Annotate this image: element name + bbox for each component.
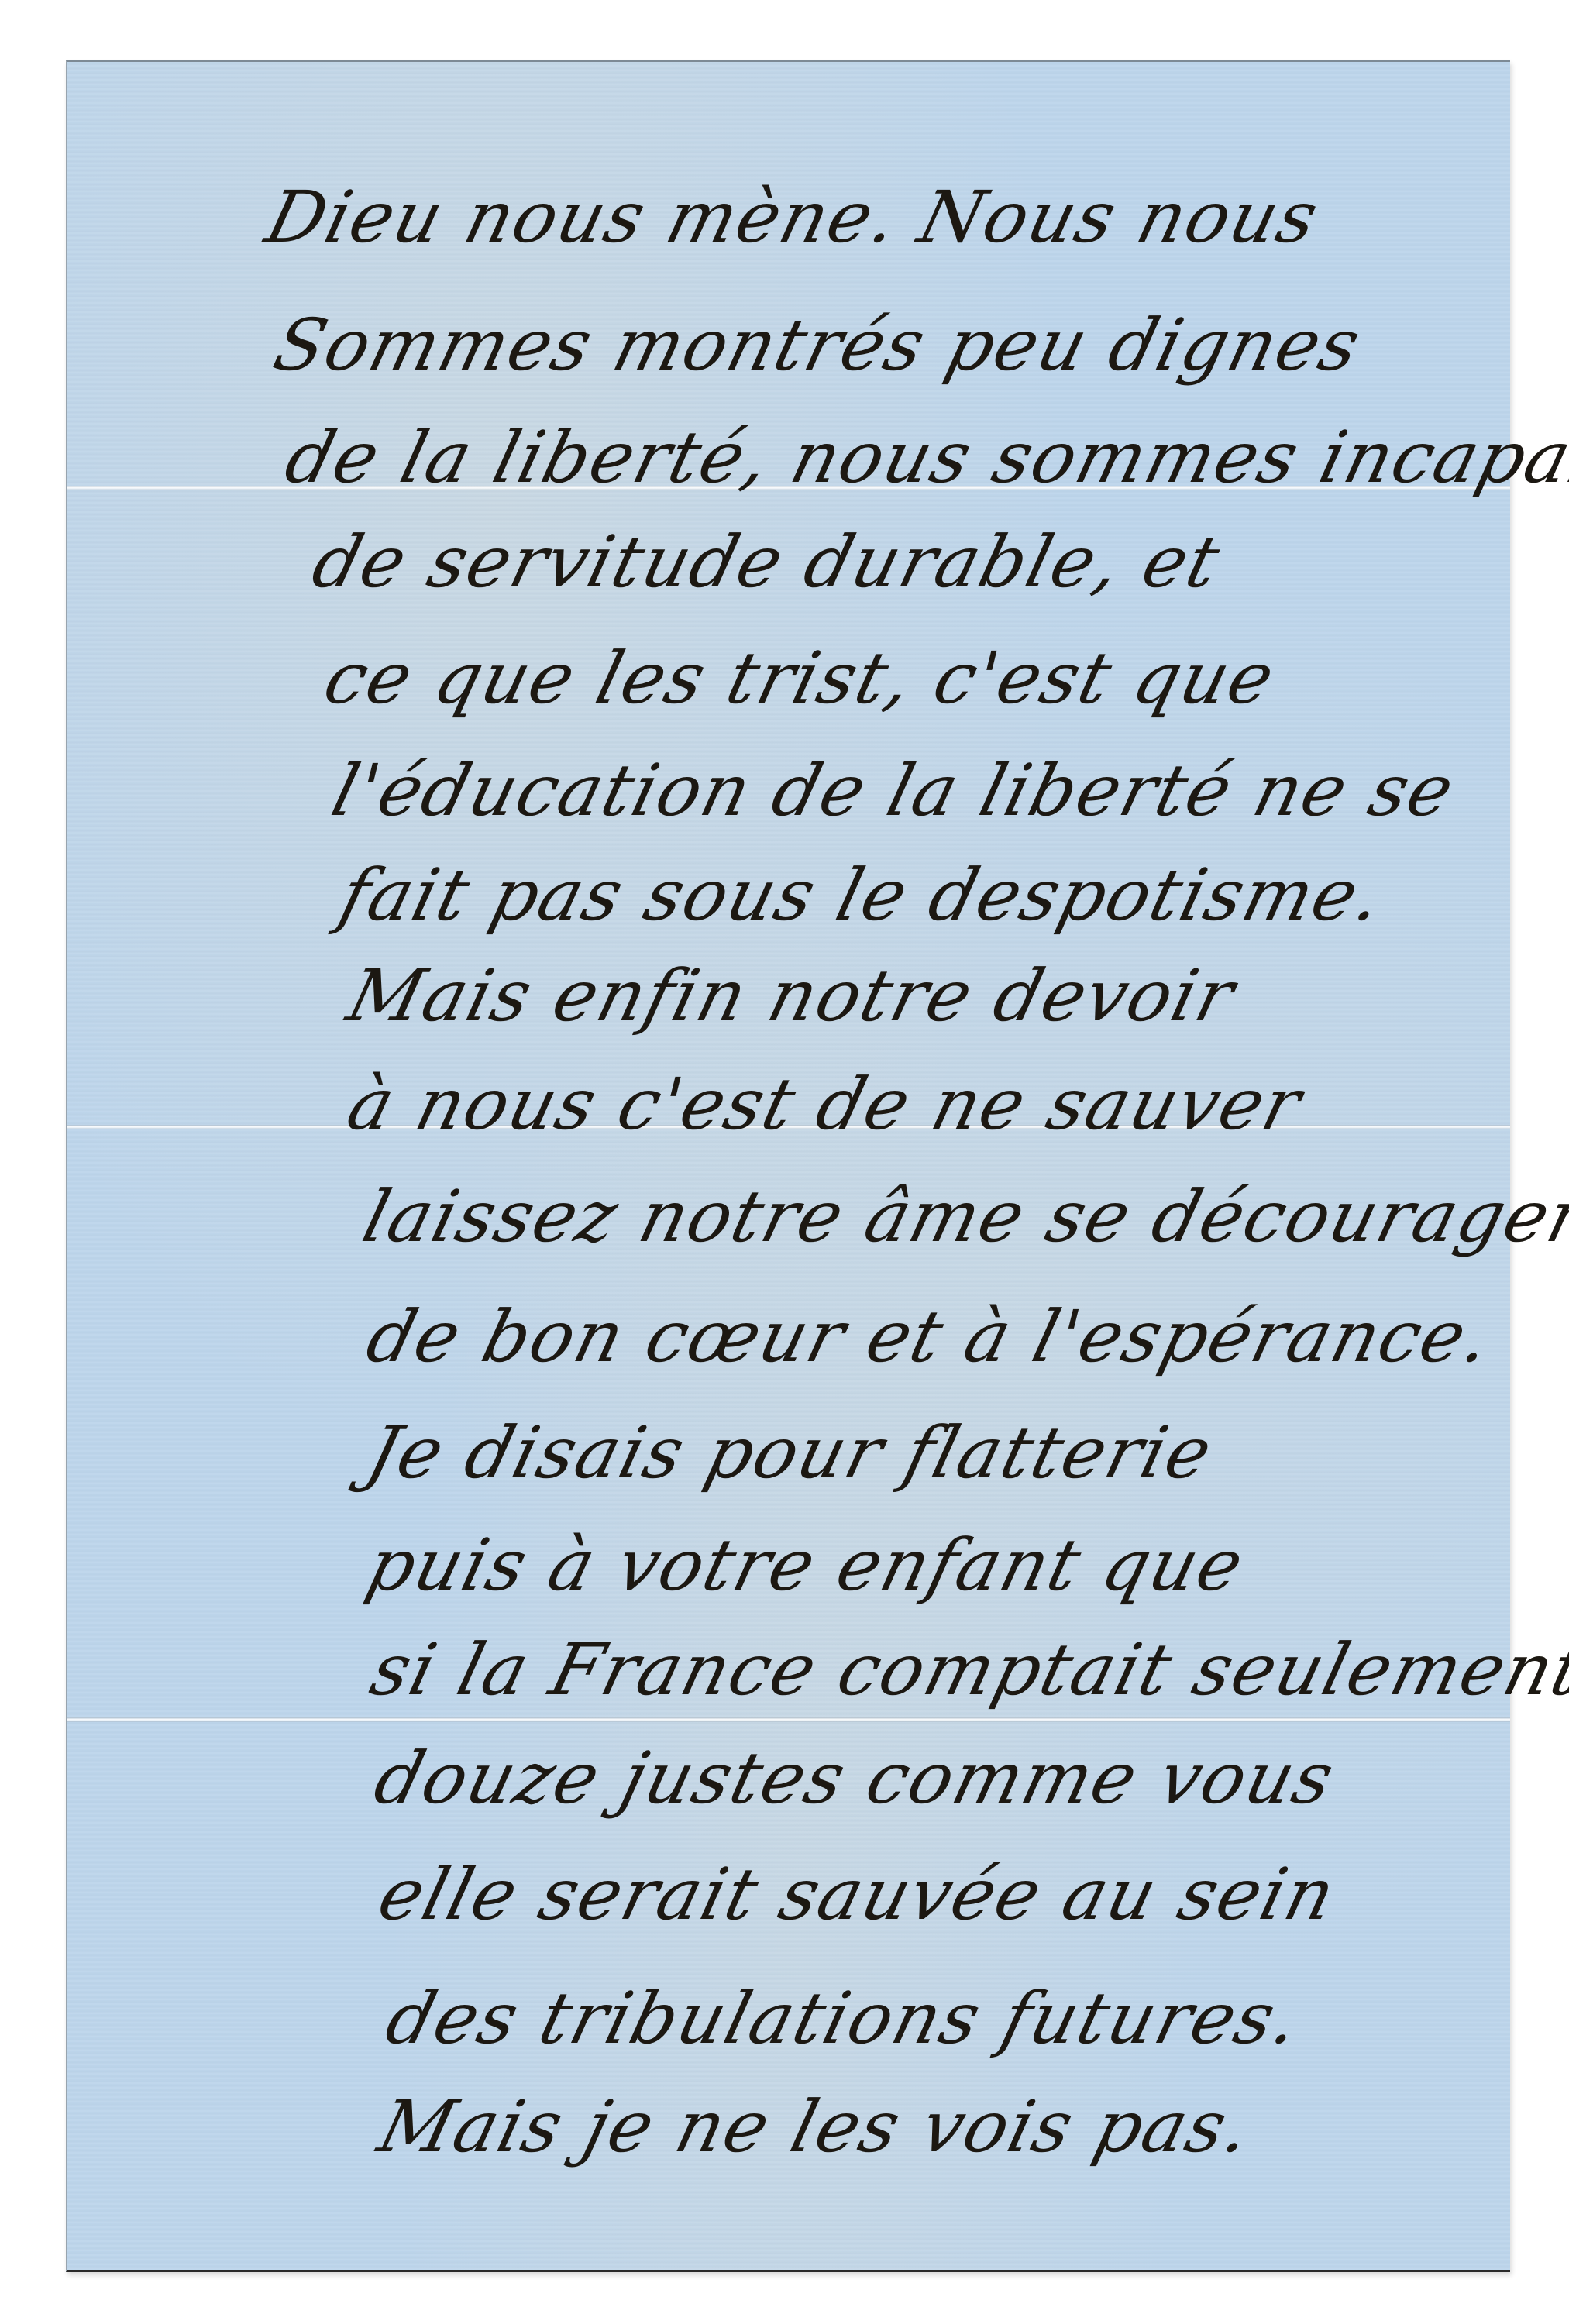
handwritten-line: de servitude durable, et [306, 527, 1227, 598]
handwritten-line: fait pas sous le despotisme. [333, 860, 1390, 931]
handwritten-line: à nous c'est de ne sauver [341, 1069, 1309, 1140]
handwritten-line: Dieu nous mène. Nous nous [260, 182, 1326, 253]
handwritten-line: Mais enfin notre devoir [341, 961, 1242, 1032]
handwritten-line: Je disais pour flatterie [360, 1418, 1220, 1489]
handwritten-line: de la liberté, nous sommes incapables [279, 422, 1569, 493]
handwritten-line: Mais je ne les vois pas. [372, 2092, 1259, 2163]
handwritten-line: puis à votre enfant que [360, 1530, 1251, 1601]
handwritten-line: de bon cœur et à l'espérance. [360, 1301, 1498, 1373]
handwritten-line: douze justes comme vous [368, 1743, 1341, 1814]
handwritten-line: laissez notre âme se décourager [356, 1181, 1569, 1253]
handwritten-line: si la France comptait seulement [364, 1635, 1569, 1706]
handwritten-line: Sommes montrés peu dignes [267, 310, 1368, 381]
handwritten-line: elle serait sauvée au sein [372, 1859, 1343, 1930]
handwritten-text-block: Dieu nous mène. Nous nousSommes montrés … [0, 0, 1569, 2324]
handwritten-line: des tribulations futures. [380, 1983, 1307, 2054]
handwritten-line: l'éducation de la liberté ne se [325, 755, 1461, 827]
handwritten-line: ce que les trist, c'est que [318, 643, 1282, 714]
